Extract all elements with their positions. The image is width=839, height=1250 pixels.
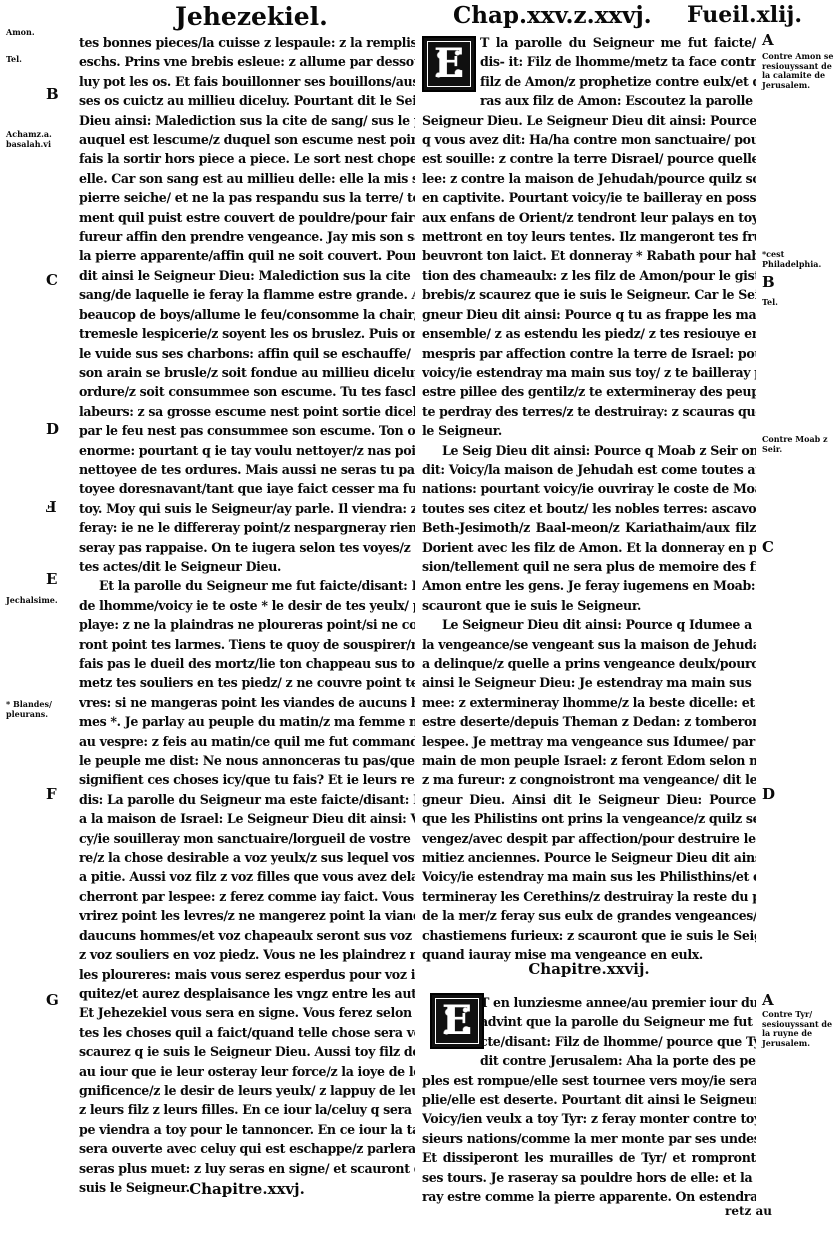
text-line: beaucop de boys/allume le feu/consomme l…: [79, 305, 415, 324]
text-line: ses os cuictz au millieu diceluy. Pourta…: [79, 91, 415, 110]
text-line: toy. Moy qui suis le Seigneur/ay parle. …: [79, 499, 415, 518]
text-line: re/z la chose desirable a voz yeulx/z su…: [79, 848, 415, 867]
text-line: aux enfans de Orient/z tendront leur pal…: [422, 208, 756, 227]
text-line: est souille: z contre la terre Disrael/ …: [422, 149, 756, 168]
text-line: Et Jehezekiel vous sera en signe. Vous f…: [79, 1003, 415, 1022]
margin-note: Achamz.a. basalah.vi: [6, 130, 66, 149]
text-line: scaurez q ie suis le Seigneur Dieu. Auss…: [79, 1042, 415, 1061]
text-line: q vous avez dit: Ha/ha contre mon sanctu…: [422, 130, 756, 149]
text-line: de lhomme/voicy ie te oste * le desir de…: [79, 596, 415, 615]
text-line: mespris par affection contre la terre de…: [422, 344, 756, 363]
text-line: tes actes/dit le Seigneur Dieu.: [79, 557, 415, 576]
text-line: cherront par lespee: z ferez comme iay f…: [79, 887, 415, 906]
text-line: tremesle lespicerie/z soyent les os brus…: [79, 324, 415, 343]
text-line: a delinque/z quelle a prins vengeance de…: [422, 654, 756, 673]
text-line: daucuns hommes/et voz chapeaulx seront s…: [79, 926, 415, 945]
text-line: ples est rompue/elle sest tournee vers m…: [422, 1071, 756, 1090]
text-line: ray estre comme la pierre apparente. On …: [422, 1187, 756, 1206]
left-column-text: tes bonnes pieces/la cuisse z lespaule: …: [79, 33, 415, 1197]
section-letter: D: [762, 787, 838, 802]
text-line: ment quil puist estre couvert de pouldre…: [79, 208, 415, 227]
chapter-heading-26: Chapitre.xxvj.: [79, 1180, 415, 1198]
text-line: Voicy/ie estendray ma main sus les Phili…: [422, 867, 756, 886]
text-line: eschs. Prins vne brebis esleue: z allume…: [79, 52, 415, 71]
catchword: retz au: [725, 1207, 772, 1217]
text-line: vres: si ne mangeras point les viandes d…: [79, 693, 415, 712]
right-column-text-ch27: T en lunziesme annee/au premier iour du …: [422, 993, 756, 1206]
text-line: scauront que ie suis le Seigneur.: [422, 596, 756, 615]
text-line: de la mer/z feray sus eulx de grandes ve…: [422, 906, 756, 925]
text-line: au iour que ie leur osteray leur force/z…: [79, 1062, 415, 1081]
text-line: son arain se brusle/z soit fondue au mil…: [79, 363, 415, 382]
text-line: tion des chameaulx: z les filz de Amon/p…: [422, 266, 756, 285]
margin-note: Amon.: [6, 28, 66, 38]
text-line: les ploureres: mais vous serez esperdus …: [79, 965, 415, 984]
text-line: a pitie. Aussi voz filz z voz filles que…: [79, 867, 415, 886]
text-line: que les Philistins ont prins la vengeanc…: [422, 809, 756, 828]
text-line: toyee doresnavant/tant que iaye faict ce…: [79, 479, 415, 498]
text-line: mitiez anciennes. Pource le Seigneur Die…: [422, 848, 756, 867]
text-line: elle. Car son sang est au millieu delle:…: [79, 169, 415, 188]
section-letter: A: [762, 33, 838, 48]
text-line: estre pillee des gentilz/z te exterminer…: [422, 382, 756, 401]
text-line: enorme: pourtant q ie tay voulu nettoyer…: [79, 441, 415, 460]
text-line: la vengeance/se vengeant sus la maison d…: [422, 635, 756, 654]
running-title: Jehezekiel.: [175, 2, 328, 31]
margin-note: Contre Moab z Seir.: [762, 435, 838, 454]
text-line: le Seigneur.: [422, 421, 756, 440]
text-line: vrirez point les levres/z ne mangerez po…: [79, 906, 415, 925]
text-line: z ma fureur: z congnoistront ma vengeanc…: [422, 770, 756, 789]
text-line: z leurs filz z leurs filles. En ce iour …: [79, 1100, 415, 1119]
text-line: mes *. Je parlay au peuple du matin/z ma…: [79, 712, 415, 731]
chapter-range: Chap.xxv.z.xxvj.: [453, 2, 652, 29]
text-line: en captivite. Pourtant voicy/ie te baill…: [422, 188, 756, 207]
text-line: Dieu ainsi: Malediction sus la cite de s…: [79, 111, 415, 130]
text-line: sera ouverte avec celuy qui est eschappe…: [79, 1139, 415, 1158]
text-line: ses tours. Je raseray sa pouldre hors de…: [422, 1168, 756, 1187]
text-line: Amon entre les gens. Je feray iugemens e…: [422, 576, 756, 595]
text-line: fais pas le dueil des mortz/lie ton chap…: [79, 654, 415, 673]
margin-note: Tel.: [762, 298, 838, 308]
text-line: tes les choses quil a faict/quand telle …: [79, 1023, 415, 1042]
text-line: Voicy/ien veulx a toy Tyr: z feray monte…: [422, 1109, 756, 1128]
text-line: voicy/ie estendray ma main sus toy/ z te…: [422, 363, 756, 382]
text-line: playe: z ne la plaindras ne ploureras po…: [79, 615, 415, 634]
text-line: mee: z extermineray lhomme/z la beste di…: [422, 693, 756, 712]
text-line: dis: La parolle du Seigneur ma este faic…: [79, 790, 415, 809]
text-line: advint que la parolle du Seigneur me fut…: [422, 1012, 756, 1031]
text-line: mettront en toy leurs tentes. Ilz manger…: [422, 227, 756, 246]
text-line: Le Seigneur Dieu dit ainsi: Pource q Idu…: [422, 615, 756, 634]
text-line: plie/elle est deserte. Pourtant dit ains…: [422, 1090, 756, 1109]
text-line: sieurs nations/comme la mer monte par se…: [422, 1129, 756, 1148]
text-line: chastiemens furieux: z scauront que ie s…: [422, 926, 756, 945]
text-line: fureur affin den prendre vengeance. Jay …: [79, 227, 415, 246]
margin-note: Contre Amon se resiouyssant de la calami…: [762, 52, 838, 90]
margin-note: Contre Tyr/ sesiouyssant de la ruyne de …: [762, 1010, 838, 1048]
text-line: pierre seiche/ et ne la pas respandu sus…: [79, 188, 415, 207]
text-line: cte/disant: Filz de lhomme/ pource que T…: [422, 1032, 756, 1051]
text-line: sion/tellement quil ne sera plus de memo…: [422, 557, 756, 576]
text-line: Seigneur Dieu. Le Seigneur Dieu dit ains…: [422, 111, 756, 130]
text-line: T en lunziesme annee/au premier iour du …: [422, 993, 756, 1012]
text-line: z voz souliers en voz piedz. Vous ne les…: [79, 945, 415, 964]
text-line: quitez/et aurez desplaisance les vngz en…: [79, 984, 415, 1003]
text-line: main de mon peuple Israel: z feront Edom…: [422, 751, 756, 770]
text-line: gneur Dieu dit ainsi: Pource q tu as fra…: [422, 305, 756, 324]
text-line: ensemble/ z as estendu les piedz/ z tes …: [422, 324, 756, 343]
margin-note: Jechalsime.: [6, 596, 66, 606]
text-line: ront point tes larmes. Tiens te quoy de …: [79, 635, 415, 654]
text-line: Dorient avec les filz de Amon. Et la don…: [422, 538, 756, 557]
text-line: metz tes souliers en tes piedz/ z ne cou…: [79, 673, 415, 692]
text-line: seray pas rappaise. On te iugera selon t…: [79, 538, 415, 557]
text-line: ordure/z soit consummee son escume. Tu t…: [79, 382, 415, 401]
margin-note: *cest Philadelphia.: [762, 250, 838, 269]
text-line: gnificence/z le desir de leurs yeulx/ z …: [79, 1081, 415, 1100]
text-line: auquel est lescume/z duquel son escume n…: [79, 130, 415, 149]
text-line: feray: ie ne le differeray point/z nespa…: [79, 518, 415, 537]
text-line: te perdray des terres/z te destruiray: z…: [422, 402, 756, 421]
text-line: la pierre apparente/affin quil ne soit c…: [79, 246, 415, 265]
text-line: dit: Voicy/la maison de Jehudah est come…: [422, 460, 756, 479]
section-letter: A: [762, 993, 838, 1008]
text-line: T la parolle du Seigneur me fut faicte/: [422, 33, 756, 52]
text-line: par le feu nest pas consummee son escume…: [79, 421, 415, 440]
text-line: luy pot les os. Et fais bouillonner ses …: [79, 72, 415, 91]
text-line: sang/de laquelle ie feray la flamme estr…: [79, 285, 415, 304]
text-line: Et dissiperont les murailles de Tyr/ et …: [422, 1148, 756, 1167]
text-line: pe viendra a toy pour le tannoncer. En c…: [79, 1120, 415, 1139]
text-line: cy/ie souilleray mon sanctuaire/lorgueil…: [79, 829, 415, 848]
text-line: le peuple me dist: Ne nous annonceras tu…: [79, 751, 415, 770]
text-line: vengez/avec despit par affection/pour de…: [422, 829, 756, 848]
right-column-text-ch25: T la parolle du Seigneur me fut faicte/d…: [422, 33, 756, 965]
text-line: termineray les Cerethins/z destruiray la…: [422, 887, 756, 906]
margin-note: Tel.: [6, 55, 66, 65]
chapter-heading-27: Chapitre.xxvij.: [422, 960, 756, 978]
text-line: ras aux filz de Amon: Escoutez la paroll…: [422, 91, 756, 110]
text-line: filz de Amon/z prophetize contre eulx/et…: [422, 72, 756, 91]
text-line: dit contre Jerusalem: Aha la porte des p…: [422, 1051, 756, 1070]
text-line: tes bonnes pieces/la cuisse z lespaule: …: [79, 33, 415, 52]
text-line: ainsi le Seigneur Dieu: Je estendray ma …: [422, 673, 756, 692]
text-line: labeurs: z sa grosse escume nest point s…: [79, 402, 415, 421]
text-line: seras plus muet: z luy seras en signe/ e…: [79, 1159, 415, 1178]
text-line: beuvront ton laict. Et donneray * Rabath…: [422, 246, 756, 265]
text-line: toutes ses citez et boutz/ les nobles te…: [422, 499, 756, 518]
text-line: brebis/z scaurez que ie suis le Seigneur…: [422, 285, 756, 304]
text-line: au vespre: z feis au matin/ce quil me fu…: [79, 732, 415, 751]
section-letter: C: [762, 540, 838, 555]
folio-number: Fueil.xlij.: [687, 2, 802, 28]
text-line: estre deserte/depuis Theman z Dedan: z t…: [422, 712, 756, 731]
text-line: signifient ces choses icy/que tu fais? E…: [79, 770, 415, 789]
text-line: gneur Dieu. Ainsi dit le Seigneur Dieu: …: [422, 790, 756, 809]
text-line: nations: pourtant voicy/ie ouvriray le c…: [422, 479, 756, 498]
text-line: lespee. Je mettray ma vengeance sus Idum…: [422, 732, 756, 751]
text-line: fais la sortir hors piece a piece. Le so…: [79, 149, 415, 168]
text-line: Beth-Jesimoth/z Baal-meon/z Kariathaim/a…: [422, 518, 756, 537]
text-line: dis- it: Filz de lhomme/metz ta face con…: [422, 52, 756, 71]
text-line: le vuide sus ses charbons: affin quil se…: [79, 344, 415, 363]
text-line: dit ainsi le Seigneur Dieu: Malediction …: [79, 266, 415, 285]
margin-note: * Blandes/ pleurans.: [6, 700, 66, 719]
text-line: a la maison de Israel: Le Seigneur Dieu …: [79, 809, 415, 828]
text-line: nettoyee de tes ordures. Mais aussi ne s…: [79, 460, 415, 479]
text-line: Et la parolle du Seigneur me fut faicte/…: [79, 576, 415, 595]
text-line: lee: z contre la maison de Jehudah/pourc…: [422, 169, 756, 188]
section-letter: B: [762, 275, 838, 290]
text-line: Le Seig Dieu dit ainsi: Pource q Moab z …: [422, 441, 756, 460]
